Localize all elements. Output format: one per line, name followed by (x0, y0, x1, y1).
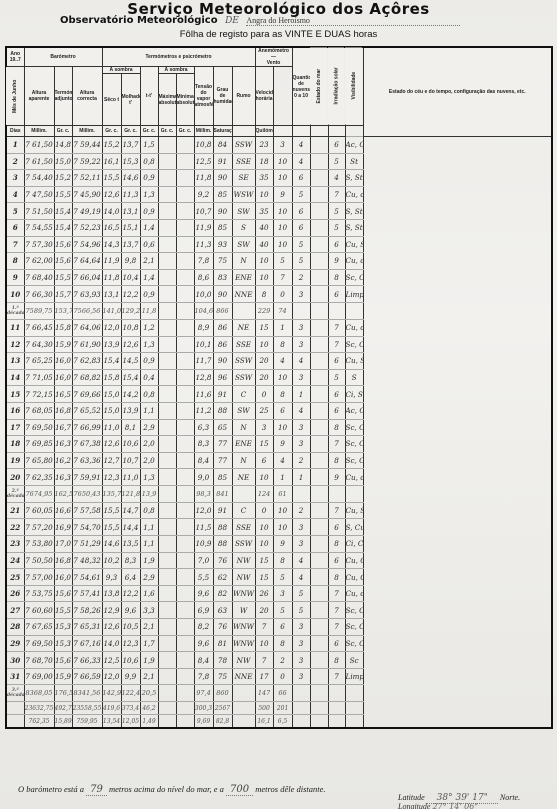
cell-sol (310, 219, 328, 236)
cell-corr: 7 66,59 (72, 668, 102, 685)
cell-dry: 9,3 (102, 569, 121, 586)
sum-sea (292, 702, 310, 715)
cell-sol (310, 552, 328, 569)
bar-thermo-header: Termómetro adjunto (54, 67, 72, 126)
cell-tadj: 15,7 (54, 286, 72, 303)
cell-corr: 7 62,83 (72, 353, 102, 370)
cell-sol (310, 585, 328, 602)
summary-row: 3.ª década8368,05176,58341,56142,9122,42… (6, 685, 552, 702)
min-header: Mínima absoluta (176, 74, 194, 126)
cell-cl: 10 (273, 153, 292, 170)
cell-app: 7 68,70 (24, 652, 54, 669)
cell-dry: 12,0 (102, 668, 121, 685)
table-row: 187 69,8516,37 67,3812,610,62,08,377ENE1… (6, 436, 552, 453)
cell-dry: 15,5 (102, 502, 121, 519)
cell-tadj: 16,6 (54, 502, 72, 519)
cell-diff: 1,9 (140, 552, 158, 569)
cell-vap: 11,8 (194, 170, 213, 187)
cell-min (176, 652, 194, 669)
sum-cl: 66 (273, 685, 292, 702)
cell-vis: 7 (328, 186, 345, 203)
cell-sol (310, 436, 328, 453)
cell-tadj: 17,0 (54, 536, 72, 553)
cell-sea: 3 (292, 369, 310, 386)
day-number: 25 (6, 569, 24, 586)
remarks-cell: Cu, chuveiros leves de chuva (345, 186, 363, 203)
cell-hum: 76 (213, 552, 232, 569)
remarks-cell: S, St, chuva leve continuada (345, 203, 363, 220)
remarks-cell: S, Cu, St, chuva leve (345, 519, 363, 536)
summary-row: 23632,75492,723558,55419,6373,446,2300,3… (6, 702, 552, 715)
sum-max (158, 702, 176, 715)
sum-dir (232, 685, 255, 702)
sum-wet: 121,8 (121, 485, 140, 502)
cell-cl: 10 (273, 219, 292, 236)
cell-cl: 4 (273, 353, 292, 370)
cell-app: 7 68,05 (24, 402, 54, 419)
table-row: 137 65,2516,07 62,8315,414,50,911,790SSW… (6, 353, 552, 370)
cell-tadj: 16,8 (54, 402, 72, 419)
cell-sea: 6 (292, 219, 310, 236)
cell-hum: 75 (213, 253, 232, 270)
cell-dir: C (232, 502, 255, 519)
cell-tadj: 16,0 (54, 569, 72, 586)
cell-corr: 7 63,36 (72, 452, 102, 469)
table-row: 197 65,8016,27 63,3612,710,72,08,477N642… (6, 452, 552, 469)
sum-corr: 7566,56 (72, 302, 102, 319)
cell-vel: 8 (255, 286, 273, 303)
remarks-cell: Cu, St, chuva leve (345, 236, 363, 253)
unit-label (310, 126, 328, 137)
cell-diff: 3,3 (140, 602, 158, 619)
cell-vap: 11,7 (194, 353, 213, 370)
shade-header: À sombra (102, 67, 140, 74)
footer-text: metros acima do nível do mar, e a (109, 784, 224, 794)
day-number: 21 (6, 502, 24, 519)
remarks-cell: Ac, Cu, St, chuveiros leves de chuva às … (345, 137, 363, 154)
cell-corr: 7 54,70 (72, 519, 102, 536)
remarks-cell: Sc, Cu, chuveiros fracos de chuva (345, 436, 363, 453)
cell-max (158, 452, 176, 469)
sum-max (158, 685, 176, 702)
cell-app: 7 62,00 (24, 253, 54, 270)
cell-max (158, 536, 176, 553)
direction-header: Rumo (232, 67, 255, 126)
sum-dir (232, 715, 255, 729)
remarks-cell (345, 715, 363, 729)
cell-app: 7 64,30 (24, 336, 54, 353)
cell-sol (310, 236, 328, 253)
cell-dry: 15,5 (102, 519, 121, 536)
cell-corr: 7 54,61 (72, 569, 102, 586)
table-row: 177 69,5016,77 66,9911,08,12,96,365N3103… (6, 419, 552, 436)
cell-vis: 4 (328, 170, 345, 187)
cell-app: 7 60,60 (24, 602, 54, 619)
cell-dir: W (232, 602, 255, 619)
day-number: 31 (6, 668, 24, 685)
longitude-label: Longitude (398, 802, 430, 809)
sum-diff: 11,8 (140, 302, 158, 319)
remarks-cell: Cu, St (345, 353, 363, 370)
remarks-cell: St (345, 153, 363, 170)
sum-dry: 13,54 (102, 715, 121, 729)
sum-corr: 23558,55 (72, 702, 102, 715)
cell-tadj: 15,3 (54, 635, 72, 652)
cell-vel: 15 (255, 569, 273, 586)
cell-hum: 75 (213, 668, 232, 685)
sum-sol (310, 485, 328, 502)
cell-sea: 5 (292, 186, 310, 203)
thermometers-header: Termómetros e psicrómetro (102, 47, 255, 67)
sum-vis (328, 685, 345, 702)
cell-sea: 4 (292, 137, 310, 154)
cell-sol (310, 668, 328, 685)
cell-app: 7 66,30 (24, 286, 54, 303)
cell-min (176, 536, 194, 553)
cell-diff: 0,9 (140, 286, 158, 303)
sum-tadj: 176,5 (54, 685, 72, 702)
unit-label: Gr. c. (54, 126, 72, 137)
cell-vap: 6,3 (194, 419, 213, 436)
cell-dir: ENE (232, 269, 255, 286)
cell-wet: 13,7 (121, 236, 140, 253)
sum-app: 762,35 (24, 715, 54, 729)
table-row: 297 69,5015,37 67,1614,012,31,79,681WNW1… (6, 635, 552, 652)
cell-hum: 90 (213, 286, 232, 303)
cell-dir: SSW (232, 353, 255, 370)
cell-sea: 3 (292, 619, 310, 636)
cell-vis: 9 (328, 469, 345, 486)
max-header: Máxima absoluta (158, 74, 176, 126)
cell-min (176, 419, 194, 436)
table-row: 97 68,4015,57 66,0411,810,41,48,683ENE10… (6, 269, 552, 286)
cell-corr: 7 59,44 (72, 137, 102, 154)
cell-app: 7 53,80 (24, 536, 54, 553)
sum-tadj: 492,7 (54, 702, 72, 715)
cell-sol (310, 419, 328, 436)
cell-min (176, 619, 194, 636)
cell-sea: 3 (292, 419, 310, 436)
cell-corr: 7 49,19 (72, 203, 102, 220)
cell-corr: 7 69,66 (72, 386, 102, 403)
cell-vap: 12,5 (194, 153, 213, 170)
cell-vis: 5 (328, 369, 345, 386)
table-row: 147 71,0516,07 68,8215,815,40,412,896SSW… (6, 369, 552, 386)
cell-app: 7 69,00 (24, 668, 54, 685)
cell-wet: 6,4 (121, 569, 140, 586)
cell-cl: 10 (273, 203, 292, 220)
cell-cl: 8 (273, 635, 292, 652)
remarks-cell: Ci, St, orvalho (345, 386, 363, 403)
cell-cl: 8 (273, 386, 292, 403)
cell-tadj: 14,8 (54, 137, 72, 154)
unit-label: Gr. c. (158, 126, 176, 137)
cell-hum: 78 (213, 652, 232, 669)
sum-wet: 12,05 (121, 715, 140, 729)
table-row: 227 57,2016,97 54,7015,514,41,111,588SSE… (6, 519, 552, 536)
sum-tadj: 15,89 (54, 715, 72, 729)
cell-sea: 4 (292, 153, 310, 170)
cell-vis: 6 (328, 635, 345, 652)
sum-app: 8368,05 (24, 685, 54, 702)
day-number: 15 (6, 386, 24, 403)
remarks-cell: Ci, Cu, orvalho (345, 536, 363, 553)
remarks-cell: Ac, Cu, St, orvalho (345, 402, 363, 419)
remarks-cell: Limpo, orvalho (345, 286, 363, 303)
cell-tadj: 15,3 (54, 619, 72, 636)
day-number: 14 (6, 369, 24, 386)
sum-corr: 8341,56 (72, 685, 102, 702)
cell-vel: 20 (255, 353, 273, 370)
cell-dry: 14,0 (102, 635, 121, 652)
cell-diff: 2,0 (140, 436, 158, 453)
cell-tadj: 15,2 (54, 170, 72, 187)
sum-max (158, 485, 176, 502)
sum-corr: 7650,43 (72, 485, 102, 502)
cell-hum: 90 (213, 203, 232, 220)
cell-app: 7 50,50 (24, 552, 54, 569)
remarks-cell: Sc, Cu (345, 269, 363, 286)
sheet-title: Fôlha de registo para as VINTE E DUAS ho… (0, 29, 557, 40)
day-number: 1 (6, 137, 24, 154)
cell-min (176, 602, 194, 619)
cell-wet: 13,1 (121, 203, 140, 220)
cell-dir: WNW (232, 585, 255, 602)
cell-cl: 7 (273, 269, 292, 286)
cell-dir: WNW (232, 619, 255, 636)
unit-label (232, 126, 255, 137)
cell-vis: 7 (328, 585, 345, 602)
cell-sea: 3 (292, 668, 310, 685)
unit-label (273, 126, 292, 137)
cell-dry: 12,0 (102, 319, 121, 336)
cell-dir: NNE (232, 668, 255, 685)
table-row: 47 47,5015,57 45,9012,611,31,39,285WSW10… (6, 186, 552, 203)
cell-corr: 7 58,26 (72, 602, 102, 619)
cell-vel: 35 (255, 170, 273, 187)
cell-dir: N (232, 419, 255, 436)
cell-tadj: 15,0 (54, 153, 72, 170)
sum-dry: 419,6 (102, 702, 121, 715)
cell-wet: 15,4 (121, 369, 140, 386)
summary-label: 1.ª década (6, 302, 24, 319)
cell-min (176, 253, 194, 270)
cell-min (176, 519, 194, 536)
remarks-cell: Cu, Cb, chuveiros fracos de chuva (345, 569, 363, 586)
cell-cl: 5 (273, 569, 292, 586)
cell-vel: 20 (255, 602, 273, 619)
cell-sea: 1 (292, 386, 310, 403)
cell-min (176, 286, 194, 303)
cell-dry: 12,6 (102, 186, 121, 203)
cell-vis: 7 (328, 319, 345, 336)
cell-min (176, 386, 194, 403)
cell-vis: 5 (328, 203, 345, 220)
day-number: 10 (6, 286, 24, 303)
cell-vel: 15 (255, 319, 273, 336)
cell-vel: 23 (255, 137, 273, 154)
cell-dir: SSW (232, 536, 255, 553)
cell-dry: 12,3 (102, 469, 121, 486)
cell-min (176, 236, 194, 253)
cell-dry: 15,4 (102, 353, 121, 370)
cell-max (158, 186, 176, 203)
day-number: 7 (6, 236, 24, 253)
cell-vis: 6 (328, 286, 345, 303)
sum-cl: 201 (273, 702, 292, 715)
cell-dir: C (232, 386, 255, 403)
cell-cl: 4 (273, 452, 292, 469)
cell-vap: 7,0 (194, 552, 213, 569)
cell-vap: 11,5 (194, 519, 213, 536)
days-unit: Dias (6, 126, 24, 137)
cell-dir: N (232, 452, 255, 469)
cell-diff: 1,4 (140, 219, 158, 236)
table-row: 127 64,3015,97 61,9013,912,61,310,186SSE… (6, 336, 552, 353)
unit-label: Gr. c. (140, 126, 158, 137)
cell-diff: 1,1 (140, 402, 158, 419)
observatory-line: Observatório Meteorológico DE Angra do H… (60, 15, 460, 26)
cell-corr: 7 45,90 (72, 186, 102, 203)
cell-vis: 5 (328, 219, 345, 236)
table-row: 207 62,3516,37 59,9112,311,01,39,085NE10… (6, 469, 552, 486)
cell-dry: 12,6 (102, 619, 121, 636)
cell-dir: SSE (232, 153, 255, 170)
sum-vel: 500 (255, 702, 273, 715)
observation-table: Ano19..7 Barómetro Termómetros e psicróm… (5, 46, 553, 729)
cell-hum: 93 (213, 236, 232, 253)
cell-corr: 7 66,99 (72, 419, 102, 436)
cell-cl: 10 (273, 236, 292, 253)
cell-min (176, 137, 194, 154)
cell-dir: SW (232, 203, 255, 220)
cell-cl: 5 (273, 602, 292, 619)
cell-hum: 82 (213, 585, 232, 602)
cell-vap: 11,2 (194, 402, 213, 419)
cell-sol (310, 186, 328, 203)
cell-dir: SW (232, 236, 255, 253)
cell-diff: 2,1 (140, 619, 158, 636)
latitude-suffix: Norte. (500, 793, 520, 802)
remarks-cell: Sc, Cu (345, 452, 363, 469)
sum-app: 23632,75 (24, 702, 54, 715)
sum-diff: 1,49 (140, 715, 158, 729)
day-number: 30 (6, 652, 24, 669)
cell-diff: 1,9 (140, 652, 158, 669)
cell-app: 7 54,55 (24, 219, 54, 236)
cell-tadj: 16,7 (54, 419, 72, 436)
cell-hum: 88 (213, 536, 232, 553)
cell-sol (310, 253, 328, 270)
cell-hum: 77 (213, 436, 232, 453)
cell-app: 7 61,50 (24, 153, 54, 170)
cell-wet: 8,1 (121, 419, 140, 436)
cell-vis: 7 (328, 436, 345, 453)
cell-hum: 77 (213, 452, 232, 469)
cell-vis: 6 (328, 552, 345, 569)
cell-vap: 8,4 (194, 452, 213, 469)
velocity-header: Velocidade horária (255, 67, 273, 126)
cell-dir: SSW (232, 137, 255, 154)
unit-label: Millim. (24, 126, 54, 137)
sum-diff: 20,5 (140, 685, 158, 702)
cell-dry: 14,3 (102, 236, 121, 253)
cell-dry: 15,8 (102, 369, 121, 386)
cell-diff: 1,2 (140, 319, 158, 336)
cell-sea: 6 (292, 170, 310, 187)
sum-diff: 13,9 (140, 485, 158, 502)
cell-vap: 9,0 (194, 469, 213, 486)
remarks-cell: S, St (345, 170, 363, 187)
sum-sol (310, 715, 328, 729)
cell-vis: 7 (328, 602, 345, 619)
cell-vis: 8 (328, 269, 345, 286)
remarks-cell: Limpo (345, 668, 363, 685)
remarks-cell: Sc (345, 652, 363, 669)
cell-tadj: 15,8 (54, 319, 72, 336)
cell-sol (310, 319, 328, 336)
cell-vel: 0 (255, 386, 273, 403)
cell-corr: 7 59,91 (72, 469, 102, 486)
remarks-cell: Cu, chuveiros leves de chuva às 19 h (345, 253, 363, 270)
cell-wet: 9,6 (121, 602, 140, 619)
cell-diff: 1,4 (140, 269, 158, 286)
cell-max (158, 253, 176, 270)
cell-vis: 9 (328, 253, 345, 270)
cell-dry: 12,6 (102, 436, 121, 453)
cell-vap: 8,2 (194, 619, 213, 636)
day-number: 23 (6, 536, 24, 553)
cell-dir: NNE (232, 286, 255, 303)
cell-sol (310, 170, 328, 187)
cell-corr: 7 61,90 (72, 336, 102, 353)
cell-min (176, 668, 194, 685)
sum-vel: 16,1 (255, 715, 273, 729)
cell-dry: 10,2 (102, 552, 121, 569)
cell-cl: 5 (273, 253, 292, 270)
cell-sol (310, 602, 328, 619)
sum-wet: 129,2 (121, 302, 140, 319)
summary-label: 3.ª década (6, 685, 24, 702)
cell-hum: 83 (213, 269, 232, 286)
cell-hum: 65 (213, 419, 232, 436)
cell-vis: 5 (328, 153, 345, 170)
cell-dir: SSW (232, 369, 255, 386)
cell-wet: 10,6 (121, 436, 140, 453)
sum-min (176, 485, 194, 502)
cell-app: 7 54,40 (24, 170, 54, 187)
cell-app: 7 53,75 (24, 585, 54, 602)
remarks-cell: S (345, 369, 363, 386)
cell-vel: 0 (255, 502, 273, 519)
cell-sol (310, 369, 328, 386)
cell-corr: 7 57,58 (72, 502, 102, 519)
cell-cl: 6 (273, 402, 292, 419)
table-row: 267 53,7515,67 57,4113,812,21,69,682WNW2… (6, 585, 552, 602)
table-row: 307 68,7015,67 66,3312,510,61,98,478NW72… (6, 652, 552, 669)
cell-tadj: 16,3 (54, 469, 72, 486)
cell-max (158, 369, 176, 386)
remarks-cell: Sc, Cu (345, 635, 363, 652)
cell-vap: 11,6 (194, 386, 213, 403)
observatory-label: Observatório Meteorológico (60, 15, 218, 26)
cell-vap: 11,3 (194, 236, 213, 253)
summary-row: 762,3515,89759,9513,5412,051,499,6982,81… (6, 715, 552, 729)
cell-corr: 7 57,41 (72, 585, 102, 602)
summary-label: 2.ª década (6, 485, 24, 502)
cell-sol (310, 519, 328, 536)
cell-tadj: 16,8 (54, 552, 72, 569)
